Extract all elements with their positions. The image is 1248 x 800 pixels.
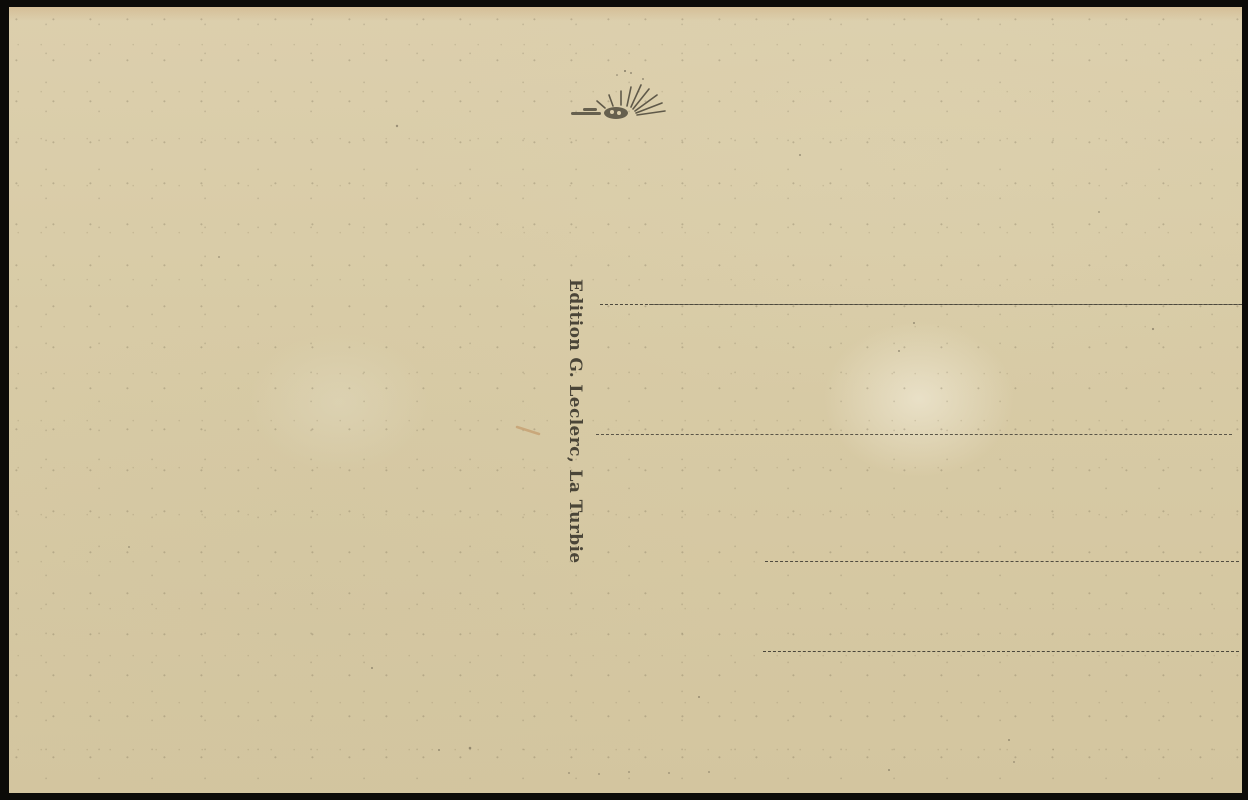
address-line-2 <box>596 434 1232 435</box>
address-line-1-solid <box>649 304 1242 305</box>
address-line-4 <box>763 651 1239 652</box>
publisher-imprint: Edition G. Leclerc, La Turbie <box>565 279 585 564</box>
postcard-scan: Edition G. Leclerc, La Turbie <box>0 0 1248 800</box>
postcard-back: Edition G. Leclerc, La Turbie <box>9 7 1242 793</box>
address-line-3 <box>765 561 1239 562</box>
sunburst-logo-icon <box>561 65 671 125</box>
